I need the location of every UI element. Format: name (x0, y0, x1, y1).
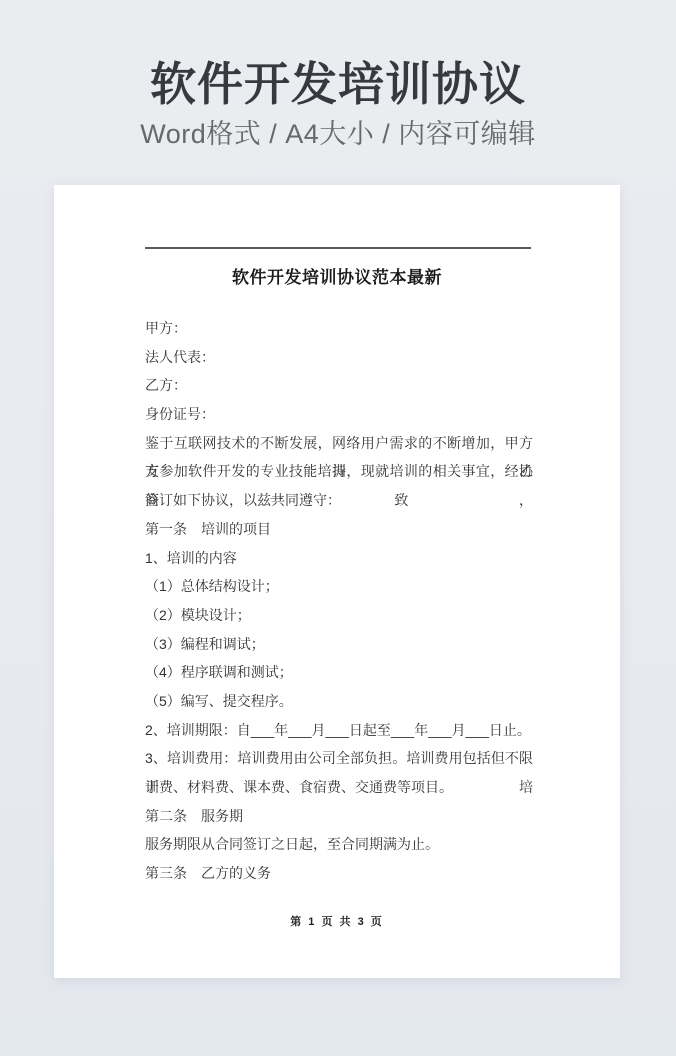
document-line: （2）模块设计； (145, 601, 533, 630)
document-line: 第二条 服务期 (145, 802, 533, 831)
document-line: 身份证号： (145, 400, 533, 429)
document-body: 甲方：法人代表：乙方：身份证号：鉴于互联网技术的不断发展，网络用户需求的不断增加… (145, 314, 533, 888)
document-line: 1、培训的内容 (145, 544, 533, 573)
document-line: 第一条 培训的项目 (145, 515, 533, 544)
document-line: （4）程序联调和测试； (145, 658, 533, 687)
document-line: 方参加软件开发的专业技能培训，现就培训的相关事宜，经协商一致， (145, 457, 533, 486)
page-number-footer: 第 1 页 共 3 页 (54, 913, 620, 929)
template-title: 软件开发培训协议 (0, 0, 676, 111)
document-line: 第三条 乙方的义务 (145, 859, 533, 888)
document-line: （1）总体结构设计； (145, 572, 533, 601)
document-line: 鉴于互联网技术的不断发展，网络用户需求的不断增加，甲方支持乙 (145, 429, 533, 458)
document-line: （5）编写、提交程序。 (145, 687, 533, 716)
document-line: 服务期限从合同签订之日起，至合同期满为止。 (145, 830, 533, 859)
document-line: 3、培训费用：培训费用由公司全部负担。培训费用包括但不限于培 (145, 744, 533, 773)
document-page-preview: 软件开发培训协议范本最新 甲方：法人代表：乙方：身份证号：鉴于互联网技术的不断发… (54, 185, 620, 978)
document-line: 甲方： (145, 314, 533, 343)
document-line: 乙方： (145, 371, 533, 400)
document-line: 法人代表： (145, 343, 533, 372)
template-format-subtitle: Word格式 / A4大小 / 内容可编辑 (0, 118, 676, 150)
document-line: 2、培训期限：自___年___月___日起至___年___月___日止。 (145, 716, 533, 745)
document-top-rule (145, 247, 531, 249)
hero-header: 软件开发培训协议 Word格式 / A4大小 / 内容可编辑 (0, 0, 676, 150)
document-title: 软件开发培训协议范本最新 (54, 263, 620, 288)
document-line: （3）编程和调试； (145, 630, 533, 659)
template-preview-page: 软件开发培训协议 Word格式 / A4大小 / 内容可编辑 软件开发培训协议范… (0, 0, 676, 1056)
